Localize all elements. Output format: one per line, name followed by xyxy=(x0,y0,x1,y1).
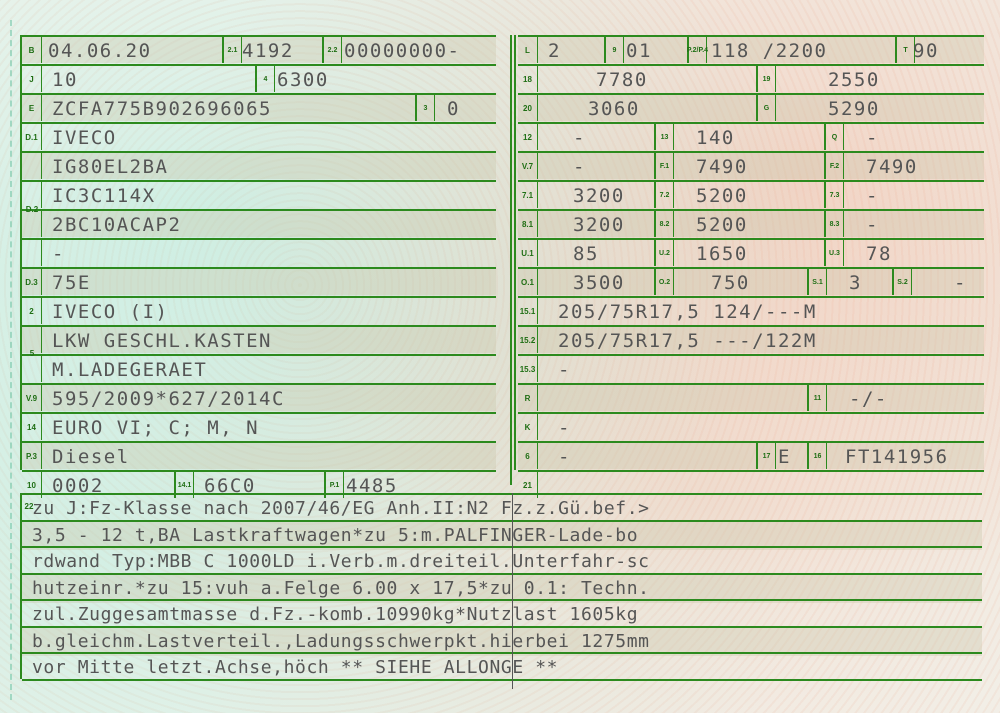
field-label: D.2 xyxy=(22,180,42,238)
field-cell: O.2750 xyxy=(654,269,807,295)
field-label: U.2 xyxy=(656,240,674,266)
field-cell: IG80EL2BA xyxy=(22,153,496,179)
remark-line: zu J:Fz-Klasse nach 2007/46/EG Anh.II:N2… xyxy=(22,493,982,523)
field-value: - xyxy=(558,446,571,468)
field-label: S.2 xyxy=(894,269,912,295)
form-row: 15.2205/75R17,5 ---/122M xyxy=(518,325,984,353)
field-label: U.1 xyxy=(518,240,538,266)
field-value: 0 xyxy=(447,98,460,120)
remark-line: 3,5 - 12 t,BA Lastkraftwagen*zu 5:m.PALF… xyxy=(22,520,982,550)
form-row: 8.132008.252008.3- xyxy=(518,209,984,237)
field-cell: G5290 xyxy=(756,95,984,121)
field-label: 18 xyxy=(518,66,538,92)
perforation-edge xyxy=(10,20,12,700)
field-value: - xyxy=(52,243,65,265)
field-cell: 8.3- xyxy=(824,211,984,237)
field-cell: - xyxy=(22,240,496,266)
field-label: 7.1 xyxy=(518,182,538,208)
field-value: Diesel xyxy=(52,446,130,468)
form-row: 7.132007.252007.3- xyxy=(518,180,984,208)
field-label: 17 xyxy=(758,443,776,469)
field-label: F.2 xyxy=(826,153,844,179)
field-value: 90 xyxy=(913,40,939,62)
field-value: 3200 xyxy=(573,214,625,236)
field-label xyxy=(22,240,42,266)
field-value: - xyxy=(573,127,586,149)
field-label: 2 xyxy=(22,298,42,324)
field-value: ZCFA775B902696065 xyxy=(52,98,272,120)
form-row: IG80EL2BA xyxy=(22,151,496,179)
column-border xyxy=(20,35,22,470)
field-value: - xyxy=(866,127,879,149)
field-cell: 2IVECO (I) xyxy=(22,298,496,324)
field-cell: 15.1205/75R17,5 124/---M xyxy=(518,298,984,324)
remark-line: hutzeinr.*zu 15:vuh a.Felge 6.00 x 17,5*… xyxy=(22,573,982,603)
field-value: 140 xyxy=(696,127,735,149)
field-cell: U.185 xyxy=(518,240,654,266)
form-row: LKW GESCHL.KASTEN xyxy=(22,325,496,353)
field-value: 595/2009*627/2014C xyxy=(52,388,285,410)
field-cell: 2BC10ACAP2 xyxy=(22,211,496,237)
field-label: 8.3 xyxy=(826,211,844,237)
field-cell: K- xyxy=(518,414,984,440)
field-value: 118 /2200 xyxy=(711,40,827,62)
field-cell: 901 xyxy=(604,37,687,63)
field-label: 12 xyxy=(518,124,538,150)
remarks-left-border xyxy=(20,493,22,679)
field-cell: P.2/P.4118 /2200 xyxy=(687,37,895,63)
field-value: 205/75R17,5 124/---M xyxy=(558,301,817,323)
field-cell: D.1IVECO xyxy=(22,124,496,150)
field-label: 2.1 xyxy=(224,37,242,63)
form-row: V.7-F.17490F.27490 xyxy=(518,151,984,179)
field-label: J xyxy=(22,66,42,92)
form-row: - xyxy=(22,238,496,266)
field-cell: J10 xyxy=(22,66,255,92)
field-label: 8.1 xyxy=(518,211,538,237)
field-label: U.3 xyxy=(826,240,844,266)
form-row: IC3C114X xyxy=(22,180,496,208)
field-cell: 203060 xyxy=(518,95,756,121)
field-value: IG80EL2BA xyxy=(52,156,168,178)
field-cell: L2 xyxy=(518,37,604,63)
field-value: 04.06.20 xyxy=(48,40,152,62)
field-value: 5290 xyxy=(828,98,880,120)
field-cell: 14EURO VI; C; M, N xyxy=(22,414,496,440)
form-row: R11-/- xyxy=(518,383,984,411)
form-row: P.3Diesel xyxy=(22,441,496,469)
field-value: 2BC10ACAP2 xyxy=(52,214,181,236)
field-value: 75E xyxy=(52,272,91,294)
field-label: 7.3 xyxy=(826,182,844,208)
field-value: IVECO xyxy=(52,127,117,149)
field-label: 3 xyxy=(417,95,435,121)
field-value: 3200 xyxy=(573,185,625,207)
field-value: 7780 xyxy=(596,69,648,91)
form-row: 2BC10ACAP2 xyxy=(22,209,496,237)
field-cell: 12- xyxy=(518,124,654,150)
field-cell: F.27490 xyxy=(824,153,984,179)
field-cell: 2.200000000- xyxy=(322,37,496,63)
field-value: - xyxy=(866,185,879,207)
field-label: 11 xyxy=(809,385,827,411)
field-cell: S.13 xyxy=(807,269,892,295)
field-cell: R xyxy=(518,385,807,411)
field-value: IVECO (I) xyxy=(52,301,168,323)
field-cell: 187780 xyxy=(518,66,756,92)
remark-line: vor Mitte letzt.Achse,höch ** SIEHE ALLO… xyxy=(22,652,982,682)
field-cell: 13140 xyxy=(654,124,824,150)
form-row: 187780192550 xyxy=(518,64,984,92)
form-row: J1046300 xyxy=(22,64,496,92)
field-cell: U.21650 xyxy=(654,240,824,266)
field-value: 85 xyxy=(573,243,599,265)
field-cell: 8.13200 xyxy=(518,211,654,237)
field-value: - xyxy=(954,272,967,294)
field-label: 6 xyxy=(518,443,538,469)
field-value: 2 xyxy=(548,40,561,62)
field-value: 4192 xyxy=(242,40,294,62)
field-value: LKW GESCHL.KASTEN xyxy=(52,330,272,352)
field-label: L xyxy=(518,37,538,63)
field-label: Q xyxy=(826,124,844,150)
field-label: 13 xyxy=(656,124,674,150)
field-label: 15.3 xyxy=(518,356,538,382)
field-value: 6300 xyxy=(277,69,329,91)
field-value: IC3C114X xyxy=(52,185,156,207)
field-label: K xyxy=(518,414,538,440)
field-cell: F.17490 xyxy=(654,153,824,179)
field-label: P.3 xyxy=(22,443,42,469)
form-row: B04.06.202.141922.200000000- xyxy=(22,35,496,63)
form-row: D.375E xyxy=(22,267,496,295)
field-cell: V.9595/2009*627/2014C xyxy=(22,385,496,411)
field-cell: M.LADEGERAET xyxy=(22,356,496,382)
remark-line: zul.Zuggesamtmasse d.Fz.-komb.10990kg*Nu… xyxy=(22,599,982,629)
form-row: 12-13140Q- xyxy=(518,122,984,150)
field-cell: 6- xyxy=(518,443,756,469)
field-label: P.2/P.4 xyxy=(689,37,707,63)
form-row: D.1IVECO xyxy=(22,122,496,150)
field-cell: P.3Diesel xyxy=(22,443,496,469)
form-row: O.13500O.2750S.13S.2- xyxy=(518,267,984,295)
form-row: M.LADEGERAET xyxy=(22,354,496,382)
field-value: - xyxy=(558,359,571,381)
field-cell: 2.14192 xyxy=(222,37,322,63)
field-label: D.1 xyxy=(22,124,42,150)
field-cell: V.7- xyxy=(518,153,654,179)
field-cell: 7.13200 xyxy=(518,182,654,208)
field-cell: 15.3- xyxy=(518,356,984,382)
field-cell: EZCFA775B902696065 xyxy=(22,95,415,121)
form-row: L2901P.2/P.4118 /2200T90 xyxy=(518,35,984,63)
field-label: B xyxy=(22,37,42,63)
column-border xyxy=(510,35,512,485)
column-border xyxy=(514,35,516,470)
field-value: 7490 xyxy=(696,156,748,178)
form-row: K- xyxy=(518,412,984,440)
form-row: 14EURO VI; C; M, N xyxy=(22,412,496,440)
field-label: V.7 xyxy=(518,153,538,179)
field-label: 19 xyxy=(758,66,776,92)
field-label: 20 xyxy=(518,95,538,121)
fold-line xyxy=(512,493,513,689)
field-label: 5 xyxy=(22,339,42,368)
field-label xyxy=(22,153,42,179)
field-cell: 7.3- xyxy=(824,182,984,208)
field-label: O.1 xyxy=(518,269,538,295)
field-label: V.9 xyxy=(22,385,42,411)
field-label: 15.2 xyxy=(518,327,538,353)
field-value: 10 xyxy=(52,69,78,91)
field-cell: 15.2205/75R17,5 ---/122M xyxy=(518,327,984,353)
field-cell: IC3C114X xyxy=(22,182,496,208)
field-label: 7.2 xyxy=(656,182,674,208)
field-label: 16 xyxy=(809,443,827,469)
field-value: 205/75R17,5 ---/122M xyxy=(558,330,817,352)
field-cell: B04.06.20 xyxy=(22,37,222,63)
field-cell: Q- xyxy=(824,124,984,150)
form-row: EZCFA775B90269606530 xyxy=(22,93,496,121)
field-cell: LKW GESCHL.KASTEN xyxy=(22,327,496,353)
field-cell: 17E xyxy=(756,443,807,469)
field-cell: 16FT141956 xyxy=(807,443,984,469)
field-value: E xyxy=(778,446,791,468)
field-label: 22 xyxy=(22,496,36,516)
field-cell: 11-/- xyxy=(807,385,984,411)
field-label: 14 xyxy=(22,414,42,440)
field-label: D.3 xyxy=(22,269,42,295)
field-cell: 7.25200 xyxy=(654,182,824,208)
form-row: 6-17E16FT141956 xyxy=(518,441,984,469)
remark-line: b.gleichm.Lastverteil.,Ladungsschwerpkt.… xyxy=(22,626,982,656)
field-value: 01 xyxy=(626,40,652,62)
form-row: V.9595/2009*627/2014C xyxy=(22,383,496,411)
field-cell: T90 xyxy=(895,37,984,63)
field-value: - xyxy=(866,214,879,236)
field-value: - xyxy=(573,156,586,178)
field-label: 4 xyxy=(257,66,275,92)
field-label: S.1 xyxy=(809,269,827,295)
field-label: 15.1 xyxy=(518,298,538,324)
field-value: 5200 xyxy=(696,214,748,236)
field-cell: U.378 xyxy=(824,240,984,266)
field-cell: 46300 xyxy=(255,66,496,92)
form-row: 203060G5290 xyxy=(518,93,984,121)
field-value: 1650 xyxy=(696,243,748,265)
field-cell: 8.25200 xyxy=(654,211,824,237)
field-value: 750 xyxy=(711,272,750,294)
field-value: 78 xyxy=(866,243,892,265)
field-value: 5200 xyxy=(696,185,748,207)
field-label: R xyxy=(518,385,538,411)
field-value: 3 xyxy=(849,272,862,294)
field-value: -/- xyxy=(849,388,888,410)
field-value: 00000000- xyxy=(344,40,460,62)
field-label: O.2 xyxy=(656,269,674,295)
field-cell: 30 xyxy=(415,95,496,121)
field-label: 9 xyxy=(606,37,624,63)
field-label: E xyxy=(22,95,42,121)
field-label: F.1 xyxy=(656,153,674,179)
field-value: 7490 xyxy=(866,156,918,178)
field-value: 3500 xyxy=(573,272,625,294)
field-cell: 192550 xyxy=(756,66,984,92)
form-row: U.185U.21650U.378 xyxy=(518,238,984,266)
field-label: G xyxy=(758,95,776,121)
field-cell: D.375E xyxy=(22,269,496,295)
field-value: 3060 xyxy=(588,98,640,120)
field-value: FT141956 xyxy=(845,446,949,468)
field-label: 2.2 xyxy=(324,37,342,63)
remarks-bottom-border xyxy=(22,679,982,681)
form-row: 2IVECO (I) xyxy=(22,296,496,324)
form-row: 15.1205/75R17,5 124/---M xyxy=(518,296,984,324)
field-label: 8.2 xyxy=(656,211,674,237)
form-row: 15.3- xyxy=(518,354,984,382)
field-cell: S.2- xyxy=(892,269,984,295)
field-value: 2550 xyxy=(828,69,880,91)
field-value: EURO VI; C; M, N xyxy=(52,417,259,439)
field-value: M.LADEGERAET xyxy=(52,359,207,381)
field-value: - xyxy=(558,417,571,439)
field-cell: O.13500 xyxy=(518,269,654,295)
remark-line: rdwand Typ:MBB C 1000LD i.Verb.m.dreitei… xyxy=(22,546,982,576)
